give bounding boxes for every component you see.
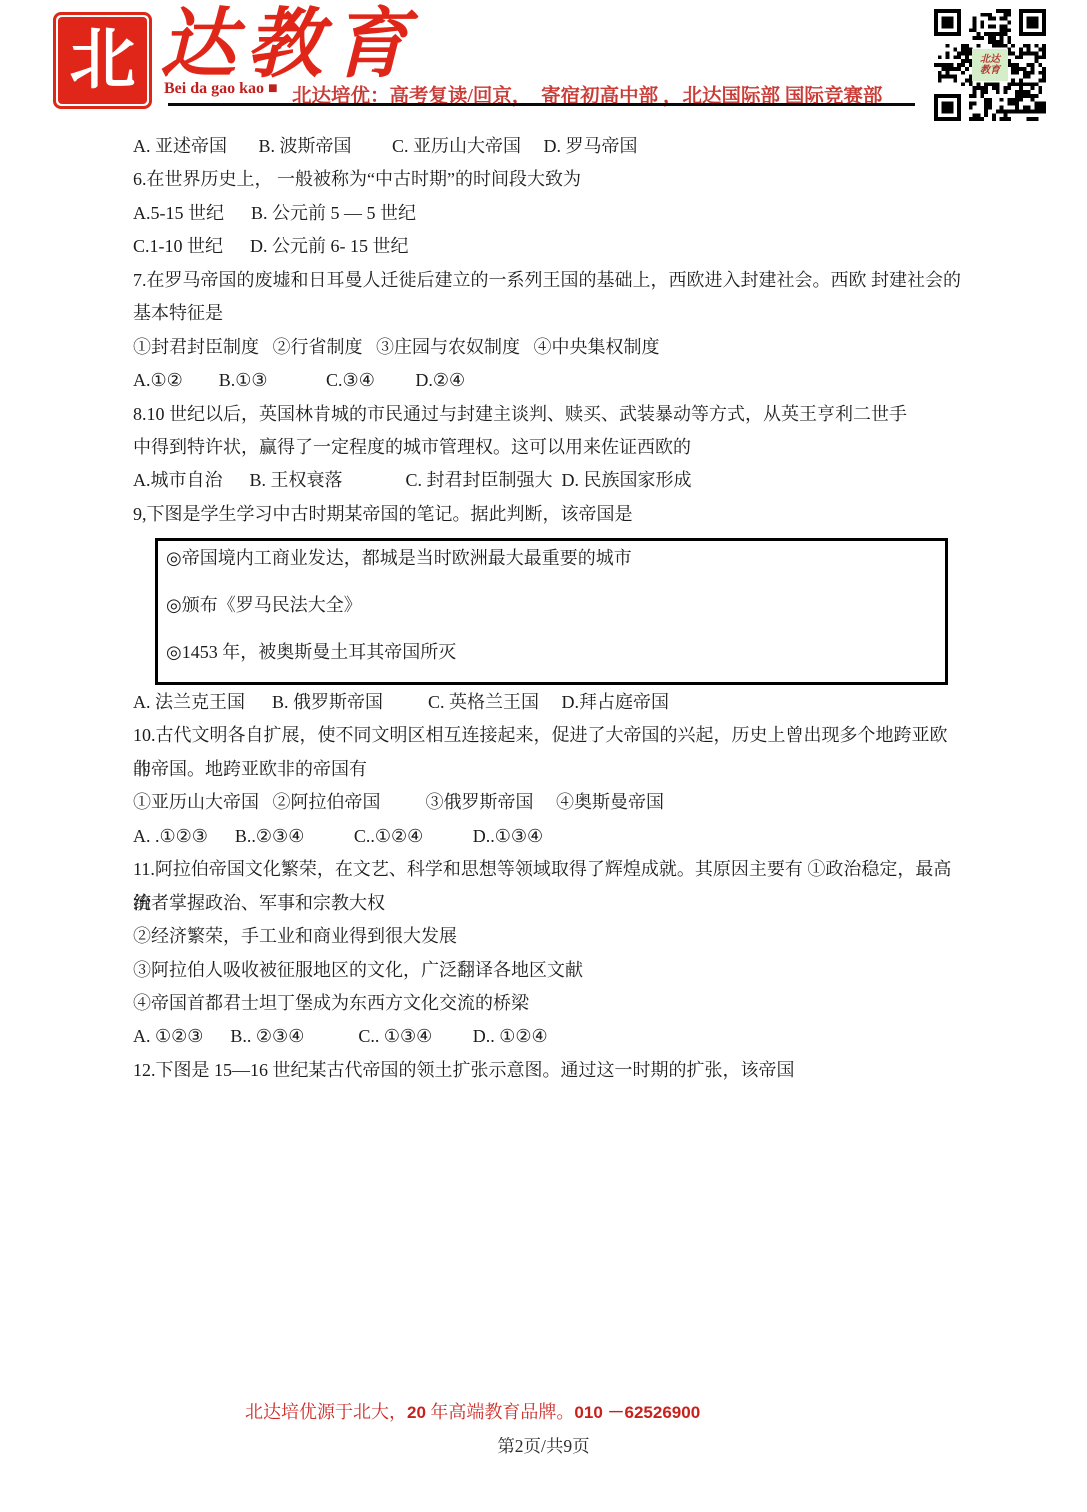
note-box-line2: ◎颁布《罗马民法大全》: [166, 595, 945, 615]
qr-label-line1: 北达: [980, 54, 1000, 65]
question-10-stem-line1: 10.古代文明各自扩展，使不同文明区相互连接起来，促进了大帝国的兴起，历史上曾出…: [133, 719, 963, 752]
qr-finder-top-left: [934, 9, 961, 36]
exam-page: 北 达教育 Bei da gao kao ■ 北达培优：高考复读/回京， 寄宿初…: [0, 0, 1087, 1512]
qr-center-label: 北达 教育: [972, 49, 1008, 81]
question-11-item2: ②经济繁荣，手工业和商业得到很大发展: [133, 920, 963, 953]
question-7-stem-line2: 基本特征是: [133, 297, 963, 330]
question-7-stem-line1: 7.在罗马帝国的废墟和日耳曼人迁徙后建立的一系列王国的基础上，西欧进入封建社会。…: [133, 264, 963, 297]
page-number: 第2页/共9页: [0, 1433, 1087, 1458]
question-10-stem-line2: 的帝国。地跨亚欧非的帝国有: [133, 753, 963, 786]
question-10-options: A. .①②③ B..②③④ C..①②④ D..①③④: [133, 820, 963, 853]
question-9-stem: 9,下图是学生学习中古时期某帝国的笔记。据此判断，该帝国是: [133, 498, 963, 531]
question-6-options-cd: C.1-10 世纪 D. 公元前 6- 15 世纪: [133, 230, 963, 263]
footer-slogan-part2: 20: [407, 1403, 426, 1422]
brand-seal-character: 北: [70, 28, 136, 94]
footer-slogan-phone: 010 －62526900: [574, 1403, 700, 1422]
qr-label-line2: 教育: [980, 65, 1000, 76]
brand-seal-logo: 北: [53, 12, 152, 109]
question-11-stem-line2: 治者掌握政治、军事和宗教大权: [133, 887, 963, 920]
question-6-stem: 6.在世界历史上， 一般被称为“中古时期”的时间段大致为: [133, 163, 963, 196]
question-7-items: ①封君封臣制度 ②行省制度 ③庄园与农奴制度 ④中央集权制度: [133, 331, 963, 364]
question-11-stem-line1: 11.阿拉伯帝国文化繁荣，在文艺、科学和思想等领域取得了辉煌成就。其原因主要有 …: [133, 853, 963, 886]
brand-seal-background: 北: [58, 17, 147, 104]
question-11-item3: ③阿拉伯人吸收被征服地区的文化，广泛翻译各地区文献: [133, 954, 963, 987]
question-8-options: A.城市自治 B. 王权衰落 C. 封君封臣制强大 D. 民族国家形成: [133, 464, 963, 497]
question-9-note-box: ◎帝国境内工商业发达，都城是当时欧洲最大最重要的城市 ◎颁布《罗马民法大全》 ◎…: [155, 538, 948, 685]
brand-pinyin-text: Bei da gao kao ■: [164, 80, 278, 98]
header-divider-line: [168, 103, 915, 106]
note-box-line1: ◎帝国境内工商业发达，都城是当时欧洲最大最重要的城市: [166, 548, 945, 568]
question-8-stem-line2: 中得到特许状，赢得了一定程度的城市管理权。这可以用来佐证西欧的: [133, 431, 963, 464]
question-12-stem: 12.下图是 15—16 世纪某古代帝国的领土扩张示意图。通过这一时期的扩张，该…: [133, 1054, 963, 1087]
qr-finder-bottom-left: [934, 94, 961, 121]
footer-slogan-part1: 北达培优源于北大，: [245, 1402, 407, 1422]
question-11-options: A. ①②③ B.. ②③④ C.. ①③④ D.. ①②④: [133, 1020, 963, 1053]
question-6-options-ab: A.5-15 世纪 B. 公元前 5 — 5 世纪: [133, 197, 963, 230]
footer-slogan-part3: 年高端教育品牌。: [426, 1402, 575, 1422]
qr-finder-top-right: [1019, 9, 1046, 36]
footer-slogan: 北达培优源于北大，20 年高端教育品牌。010 －62526900: [245, 1400, 700, 1425]
question-8-stem-line1: 8.10 世纪以后，英国林肯城的市民通过与封建主谈判、赎买、武装暴动等方式，从英…: [133, 398, 963, 431]
options-line-q5: A. 亚述帝国 B. 波斯帝国 C. 亚历山大帝国 D. 罗马帝国: [133, 130, 963, 163]
note-box-line3: ◎1453 年，被奥斯曼土耳其帝国所灭: [166, 642, 945, 662]
question-text-block-2: A. 法兰克王国 B. 俄罗斯帝国 C. 英格兰王国 D.拜占庭帝国 10.古代…: [133, 686, 963, 1087]
question-text-block-1: A. 亚述帝国 B. 波斯帝国 C. 亚历山大帝国 D. 罗马帝国 6.在世界历…: [133, 130, 963, 531]
question-10-items: ①亚历山大帝国 ②阿拉伯帝国 ③俄罗斯帝国 ④奥斯曼帝国: [133, 786, 963, 819]
question-11-item4: ④帝国首都君士坦丁堡成为东西方文化交流的桥梁: [133, 987, 963, 1020]
qr-code: 北达 教育: [934, 9, 1046, 121]
brand-calligraphy-text: 达教育: [160, 2, 418, 88]
question-7-options: A.①② B.①③ C.③④ D.②④: [133, 364, 963, 397]
question-9-options: A. 法兰克王国 B. 俄罗斯帝国 C. 英格兰王国 D.拜占庭帝国: [133, 686, 963, 719]
